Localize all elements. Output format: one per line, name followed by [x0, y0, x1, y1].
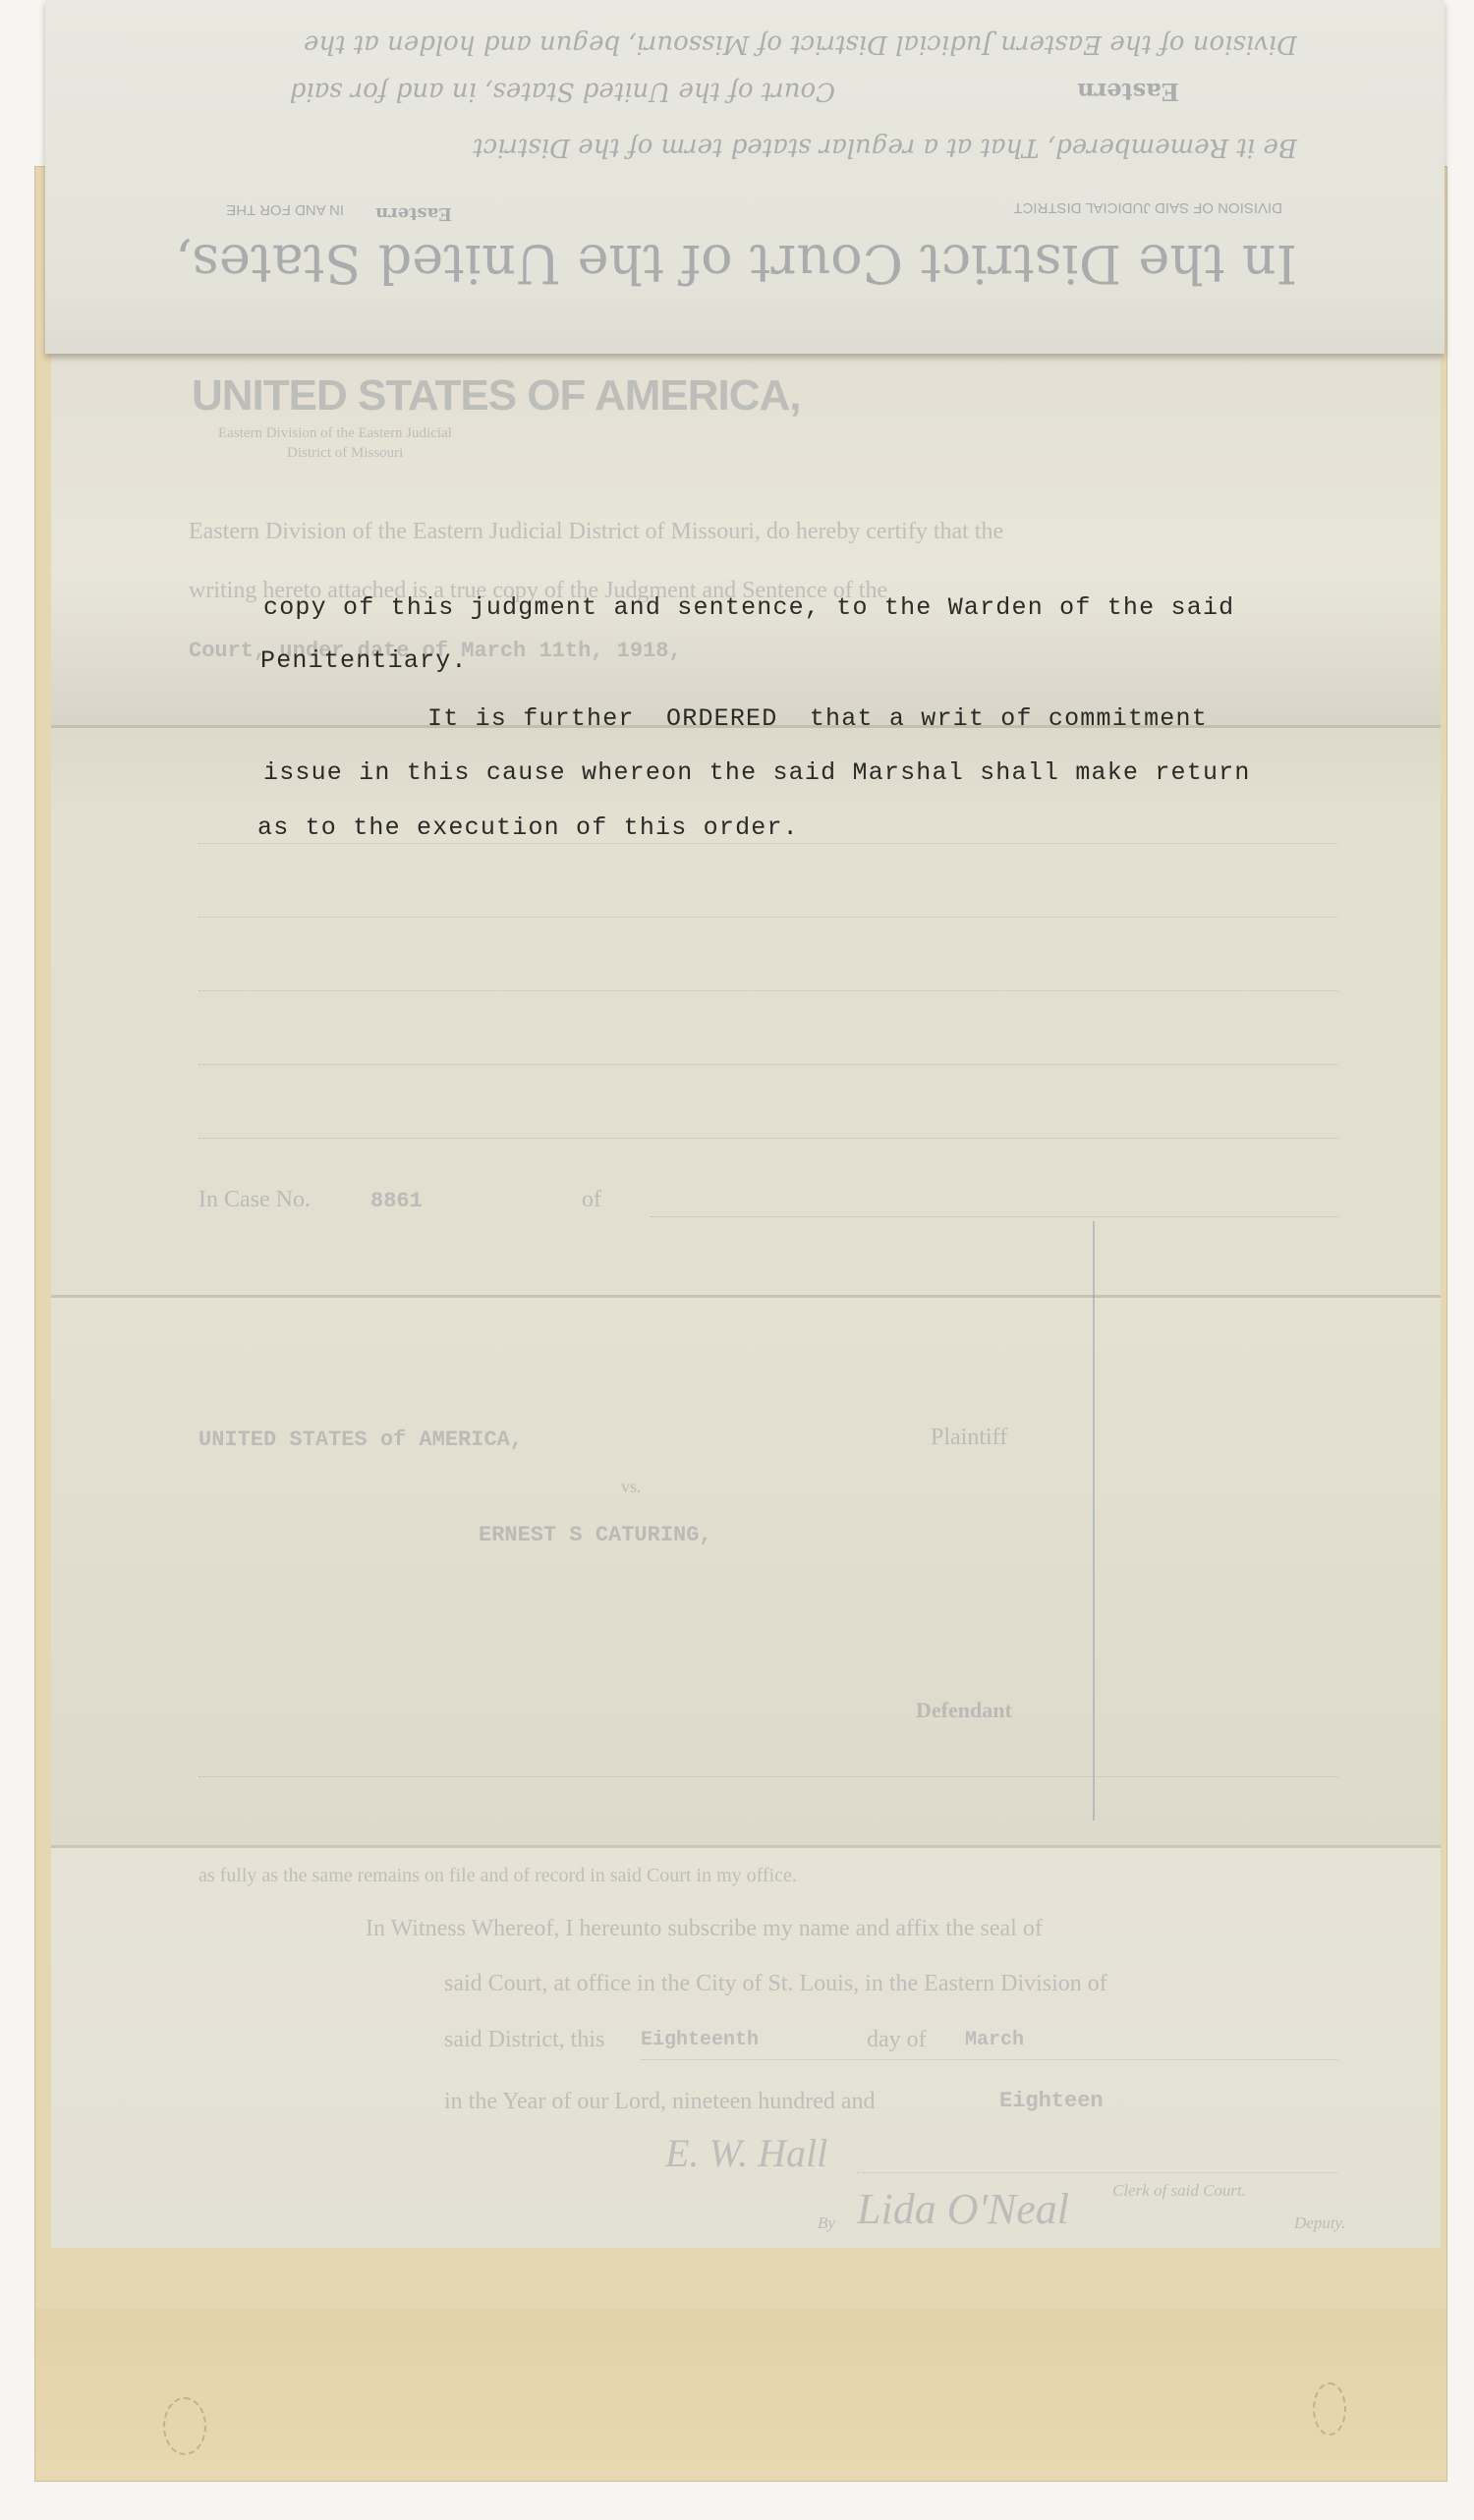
ghost-plaintiff-name: UNITED STATES of AMERICA,: [198, 1428, 523, 1452]
flap-in-and-for: IN AND FOR THE: [226, 201, 344, 218]
stain-mark-right: [1313, 2382, 1346, 2436]
panel-lower: [51, 1295, 1441, 1845]
ghost-day-value: Eighteenth: [641, 2029, 759, 2051]
ghost-month-value: March: [965, 2029, 1024, 2051]
ghost-as-fully: as fully as the same remains on file and…: [198, 1865, 797, 1887]
flap-court-value: Eastern: [1077, 78, 1179, 106]
ghost-rule: [651, 1216, 1338, 1217]
main-document-sheet: UNITED STATES OF AMERICA, Eastern Divisi…: [51, 352, 1441, 2248]
ghost-by-label: By: [818, 2213, 835, 2233]
flap-division-suffix: DIVISION OF SAID JUDICIAL DISTRICT: [1013, 199, 1282, 216]
typed-line-3: It is further ORDERED that a writ of com…: [427, 704, 1208, 733]
ghost-case-of: of: [582, 1187, 601, 1213]
ghost-rule: [198, 843, 1338, 844]
fold-crease-2: [51, 1295, 1441, 1298]
case-bracket-line: [1093, 1221, 1095, 1820]
ghost-said-court-line: said Court, at office in the City of St.…: [444, 1971, 1107, 1997]
typed-line-5: as to the execution of this order.: [257, 813, 799, 842]
ghost-case-no-value: 8861: [370, 1189, 423, 1213]
ghost-clerk-label: Clerk of said Court.: [1112, 2181, 1246, 2201]
flap-division-line: Division of the Eastern Judicial Distric…: [304, 29, 1297, 59]
mirrored-showthrough: In the District Court of the United Stat…: [45, 0, 1445, 354]
ghost-rule: [198, 990, 1338, 991]
fold-crease-3: [51, 1845, 1441, 1848]
flap-remember-line: Be it Remembered, That at a regular stat…: [473, 133, 1297, 162]
ghost-vs: vs.: [621, 1477, 642, 1497]
ghost-header-sub2: District of Missouri: [287, 445, 403, 462]
flap-court-line: Court of the United States, in and for s…: [290, 77, 835, 106]
typed-line-4: issue in this cause whereon the said Mar…: [263, 758, 1251, 787]
typed-line-1: copy of this judgment and sentence, to t…: [263, 593, 1234, 622]
top-folded-flap: In the District Court of the United Stat…: [45, 0, 1445, 354]
ghost-rule: [198, 1064, 1338, 1065]
flap-heading: In the District Court of the United Stat…: [175, 233, 1297, 295]
ghost-day-of: day of: [867, 2027, 927, 2053]
ghost-rule: [198, 917, 1338, 918]
flap-division-value: Eastern: [375, 203, 452, 224]
ghost-deputy-signature: Lida O'Neal: [857, 2184, 1069, 2234]
ghost-year-line: in the Year of our Lord, nineteen hundre…: [444, 2089, 876, 2115]
typed-line-2: Penitentiary.: [260, 646, 468, 675]
ghost-plaintiff-label: Plaintiff: [931, 1425, 1007, 1451]
ghost-year-value: Eighteen: [999, 2089, 1104, 2113]
ghost-deputy-label: Deputy.: [1294, 2213, 1345, 2233]
ghost-defendant-name: ERNEST S CATURING,: [479, 1523, 712, 1547]
ghost-case-no-label: In Case No.: [198, 1187, 311, 1213]
ghost-rule: [857, 2172, 1338, 2173]
ghost-witness-line: In Witness Whereof, I hereunto subscribe…: [366, 1916, 1043, 1942]
ghost-said-district-line: said District, this: [444, 2027, 604, 2053]
ghost-rule: [641, 2059, 1338, 2060]
ghost-rule: [198, 1138, 1338, 1139]
stain-mark-left: [163, 2397, 206, 2455]
ghost-header: UNITED STATES OF AMERICA,: [192, 371, 801, 420]
ghost-rule: [198, 1776, 1338, 1777]
ghost-certify-line: Eastern Division of the Eastern Judicial…: [189, 519, 1003, 545]
ghost-header-sub1: Eastern Division of the Eastern Judicial: [218, 425, 452, 442]
backing-bottom-band: [35, 2309, 1446, 2481]
ghost-defendant-label: Defendant: [916, 1698, 1012, 1723]
ghost-clerk-signature: E. W. Hall: [665, 2130, 827, 2176]
